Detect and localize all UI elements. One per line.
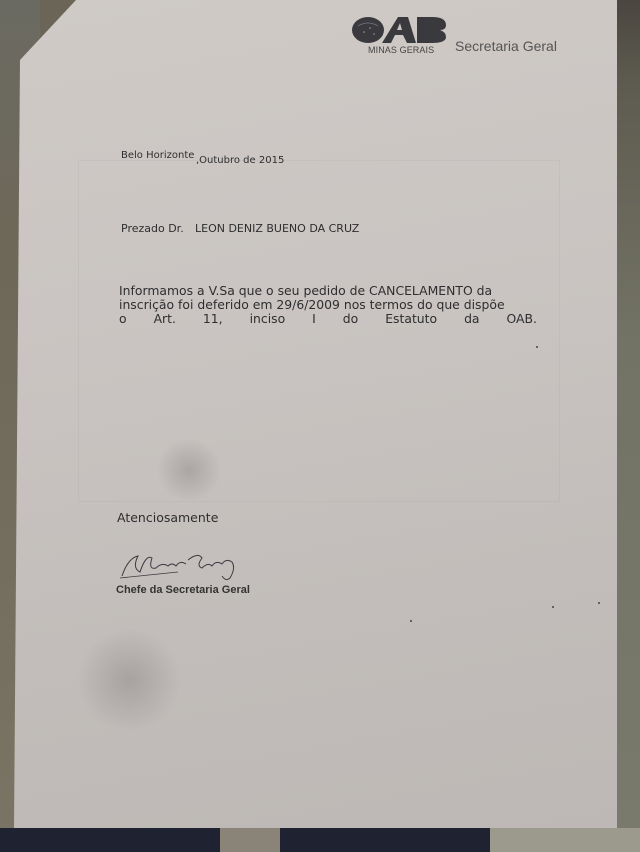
speck: [410, 620, 412, 622]
logo-subtitle: MINAS GERAIS: [368, 45, 434, 55]
letter-paper: [14, 0, 617, 828]
smudge: [154, 440, 224, 500]
oab-logo-icon: [352, 16, 446, 44]
department-name: Secretaria Geral: [455, 38, 557, 54]
body-line-justified: oArt.11,incisoIdoEstatutodaOAB.: [119, 312, 537, 326]
body-word: do: [343, 312, 358, 326]
body-word: da: [464, 312, 479, 326]
salutation: Prezado Dr.: [121, 222, 184, 235]
oab-logo: MINAS GERAIS: [352, 16, 446, 56]
letter-body: Informamos a V.Sa que o seu pedido de CA…: [119, 284, 537, 326]
closing: Atenciosamente: [117, 510, 218, 525]
speck: [552, 606, 554, 608]
smudge: [74, 630, 184, 730]
body-line: inscrição foi deferido em 29/6/2009 nos …: [119, 298, 537, 312]
letter-date: ,Outubro de 2015: [196, 155, 284, 166]
body-word: Estatuto: [385, 312, 437, 326]
body-word: 11,: [203, 312, 223, 326]
signature: [118, 548, 248, 584]
background-bottom: [0, 828, 640, 852]
speck: [598, 602, 600, 604]
body-word: Art.: [154, 312, 176, 326]
body-word: I: [312, 312, 316, 326]
body-word: inciso: [250, 312, 286, 326]
recipient-name: LEON DENIZ BUENO DA CRUZ: [195, 222, 359, 235]
signer-title: Chefe da Secretaria Geral: [116, 584, 250, 596]
body-word: OAB.: [507, 312, 537, 326]
body-word: o: [119, 312, 127, 326]
watermark-frame: [78, 160, 560, 502]
body-line: Informamos a V.Sa que o seu pedido de CA…: [119, 284, 537, 298]
letter-city: Belo Horizonte: [121, 150, 194, 161]
speck: [536, 346, 538, 348]
